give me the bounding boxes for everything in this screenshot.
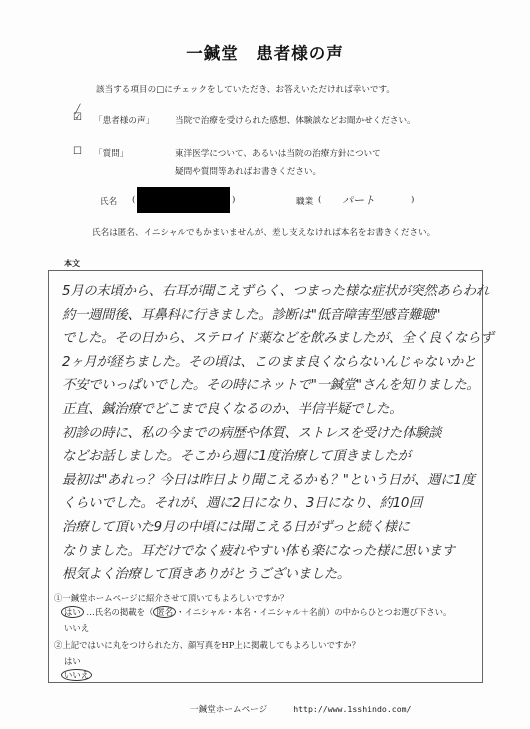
- checkbox-question[interactable]: ☐: [73, 146, 82, 157]
- question-2: ②上記ではいに丸をつけられた方、顔写真をHP上に掲載してもよろしいですか？: [54, 639, 360, 651]
- body-line: 約一週間後、耳鼻科に行きました。診断は"低音障害型感音難聴": [62, 304, 440, 323]
- occupation-paren-open: (: [318, 195, 321, 205]
- body-line: 初診の時に、私の今までの病歴や体質、ストレスを受けた体験談: [62, 422, 441, 441]
- body-line: 不安でいっぱいでした。その時にネットで"一鍼堂"さんを知りました。: [62, 374, 480, 393]
- footer: 一鍼堂ホームページhttp://www.1sshindo.com/: [190, 703, 412, 715]
- q1-detail-suffix: ・イニシャル・本名・イニシャル＋名前）の中からひとつお選び下さい。: [176, 607, 451, 617]
- body-label: 本文: [64, 258, 80, 269]
- option-desc-question: 東洋医学について、あるいは当院の治療方針について: [175, 147, 381, 159]
- q1-anon-option[interactable]: 匿名: [153, 606, 176, 618]
- option-label-patient-voice: 「患者様の声」: [94, 114, 154, 126]
- q1-yes-option[interactable]: はい: [61, 606, 84, 618]
- q2-no-option-wrap: いいえ: [61, 669, 92, 681]
- checkbox-patient-voice[interactable]: ☑╱: [73, 112, 82, 123]
- body-line: くらいでした。それが、週に2日になり、3日になり、約10回: [62, 492, 422, 511]
- q2-yes-option[interactable]: はい: [64, 655, 81, 667]
- name-paren-close: ): [232, 195, 235, 205]
- q2-no-option[interactable]: いいえ: [61, 669, 92, 681]
- body-line: 最初は"あれっ？今日は昨日より聞こえるかも？"という日が、週に1度: [62, 469, 475, 488]
- option-desc-patient-voice: 当院で治療を受けられた感想、体験談などお聞かせください。: [175, 114, 416, 126]
- footer-label: 一鍼堂ホームページ: [190, 705, 267, 715]
- instruction-text: 該当する項目の□にチェックをしていただき、お答えいただければ幸いです。: [96, 83, 395, 95]
- name-note: 氏名は匿名、イニシャルでもかまいませんが、差し支えなければ本名をお書きください。: [92, 226, 435, 238]
- body-line: 根気よく治療して頂きありがとうございました。: [62, 563, 350, 582]
- check-mark-icon: ╱: [75, 105, 80, 115]
- body-line: などお話しました。そこから週に1度治療して頂きましたが: [62, 445, 411, 464]
- occupation-paren-close: ): [411, 195, 414, 205]
- occupation-label: 職業: [296, 195, 313, 207]
- body-line: 治療して頂いた9月の中頃には聞こえる日がずっと続く様に: [62, 516, 410, 535]
- body-line: 5月の末頃から、右耳が聞こえずらく、つまった様な症状が突然あらわれ: [62, 280, 489, 299]
- body-line: でした。その日から、ステロイド薬などを飲みましたが、全く良くならず: [62, 327, 493, 346]
- occupation-value[interactable]: パート: [342, 192, 375, 208]
- body-line: 2ヶ月が経ちました。その頃は、このまま良くならないんじゃないかと: [62, 351, 476, 370]
- page-title: 一鍼堂 患者様の声: [0, 40, 530, 64]
- question-1: ①一鍼堂ホームページに紹介させて頂いてもよろしいですか？: [54, 592, 288, 604]
- name-paren-open: (: [132, 195, 135, 205]
- footer-url-link[interactable]: http://www.1sshindo.com/: [293, 704, 411, 714]
- option-label-question: 「質問」: [94, 147, 128, 159]
- q1-no-option[interactable]: いいえ: [64, 622, 89, 634]
- name-label: 氏名: [100, 195, 117, 207]
- body-line: なりました。耳だけでなく疲れやすい体も楽になった様に思います: [62, 540, 455, 559]
- question-1-answer-row: はい …氏名の掲載を（匿名・イニシャル・本名・イニシャル＋名前）の中からひとつお…: [61, 606, 451, 618]
- body-line: 正直、鍼治療でどこまで良くなるのか、半信半疑でした。: [62, 398, 402, 417]
- option-desc-question-2: 疑問や質問等あればお書きください。: [175, 165, 321, 177]
- q1-detail-prefix: …氏名の掲載を（: [86, 607, 153, 617]
- redacted-name-field[interactable]: [137, 187, 230, 213]
